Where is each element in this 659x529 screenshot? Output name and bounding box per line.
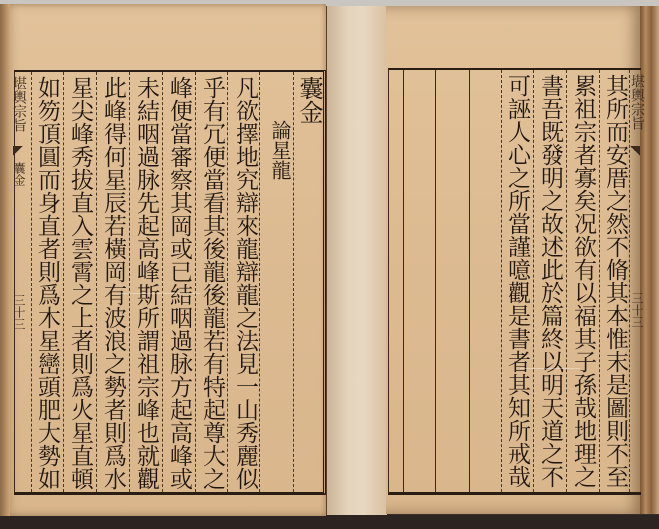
left-page-text-frame: 囊金 論星龍 凡欲擇地究辯來龍辯龍之法見一山秀麗似 乎有冗便當看其後龍後龍若有特… xyxy=(14,70,326,495)
right-page-text-frame: 其所而安厝之然不脩其本惟末是圖則不至 累祖宗者寡矣况欲有以福其子孫哉地理之 書吾… xyxy=(388,68,641,495)
column-rule xyxy=(31,72,32,492)
paper-crease xyxy=(520,368,580,369)
column-rule xyxy=(227,72,228,492)
column-rule xyxy=(533,70,534,492)
margin-page-number: 三十三 xyxy=(11,294,27,330)
text-column: 如笏頂圓而身直者則爲木星巒頭肥大勢如 xyxy=(33,76,61,490)
text-column: 此峰得何星辰若橫岡有波浪之勢者則爲水 xyxy=(99,76,127,490)
left-page-edge xyxy=(0,4,10,516)
section-heading: 論星龍 xyxy=(266,120,294,180)
margin-page-number: 三十三 xyxy=(629,292,645,328)
column-rule xyxy=(629,70,630,492)
margin-chapter: 囊金 xyxy=(11,162,27,186)
column-rule xyxy=(435,70,436,492)
text-column: 星尖峰秀拔直入雲霄之上者則爲火星直頓 xyxy=(66,76,94,490)
text-column: 可誣人心之所當謹噫觀是書者其知所戒哉 xyxy=(503,74,531,488)
text-column: 累祖宗者寡矣况欲有以福其子孫哉地理之 xyxy=(569,74,597,488)
column-rule xyxy=(63,72,64,492)
column-rule xyxy=(96,72,97,492)
column-rule xyxy=(599,70,600,492)
text-column: 乎有冗便當看其後龍後龍若有特起尊大之 xyxy=(198,76,226,490)
text-column: 未結咽過脉先起高峰斯所謂祖宗峰也就觀 xyxy=(132,76,160,490)
column-rule xyxy=(501,70,502,492)
fishtail-mark-icon xyxy=(13,146,23,156)
chapter-title: 囊金 xyxy=(295,76,323,124)
column-rule xyxy=(403,70,404,492)
text-column: 峰便當審察其岡或已結咽過脉方起高峰或 xyxy=(165,76,193,490)
column-rule xyxy=(469,70,470,492)
text-column: 凡欲擇地究辯來龍辯龍之法見一山秀麗似 xyxy=(231,76,259,490)
fishtail-mark-icon xyxy=(630,146,640,156)
column-rule xyxy=(162,72,163,492)
column-rule xyxy=(259,72,260,492)
text-column: 其所而安厝之然不脩其本惟末是圖則不至 xyxy=(601,74,629,488)
text-column: 書吾既發明之故述此於篇終以明天道之不 xyxy=(536,74,564,488)
margin-book-title: 堪輿宗旨 xyxy=(629,74,645,130)
column-rule xyxy=(195,72,196,492)
margin-book-title: 堪輿宗旨 xyxy=(11,76,27,132)
column-rule xyxy=(129,72,130,492)
column-rule xyxy=(566,70,567,492)
paper-crease xyxy=(120,293,200,294)
book-gutter xyxy=(326,6,387,515)
background-bottom xyxy=(0,515,659,529)
